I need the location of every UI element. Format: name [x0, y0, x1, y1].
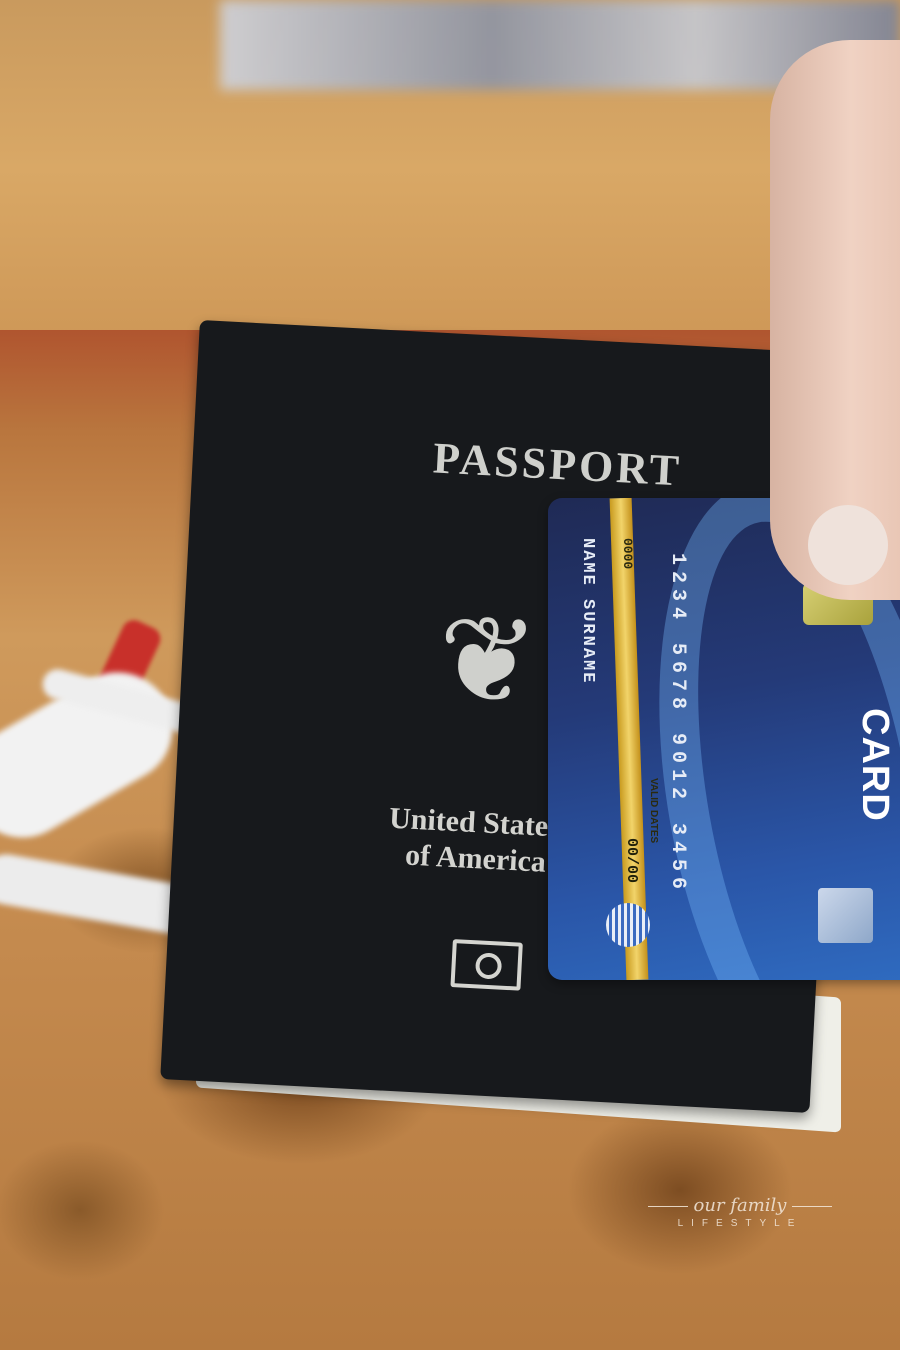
- watermark: our family LIFESTYLE: [625, 1195, 855, 1229]
- eagle-seal-icon: ❦: [408, 572, 567, 750]
- passport-title: PASSPORT: [432, 432, 683, 496]
- globe-icon: [606, 903, 650, 947]
- cardholder-name: NAME SURNAME: [578, 538, 597, 684]
- card-number: 1234 5678 9012 3456: [666, 553, 689, 895]
- biometric-chip-icon: [450, 939, 522, 991]
- valid-date: 00/00: [623, 838, 640, 883]
- hologram-icon: [818, 888, 873, 943]
- photo-scene: PASSPORT ❦ United States of America 0000…: [0, 0, 900, 1350]
- passport-country: United States of America: [386, 801, 560, 882]
- valid-label: VALID DATES: [648, 778, 659, 843]
- card-code: 0000: [620, 538, 635, 569]
- thumbnail: [808, 505, 888, 585]
